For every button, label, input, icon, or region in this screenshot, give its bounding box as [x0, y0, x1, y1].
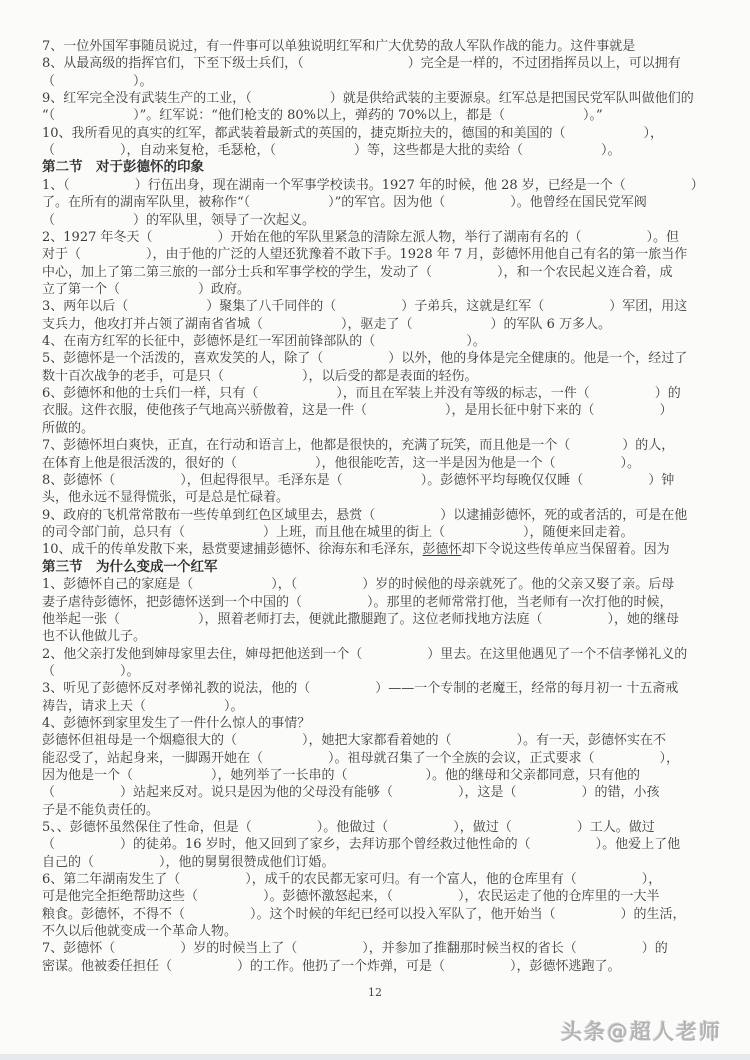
- text-line: 头，他永远不显得慌张，可是总是忙碌着。: [42, 489, 710, 506]
- text-line: （ ）。: [42, 663, 710, 680]
- text-line: 6、第二年湖南发生了（ ），成千的农民都无家可归。有一个富人，他的仓库里有（ ）…: [42, 871, 710, 888]
- text-line: 祷告，请求上天（ ）。: [42, 698, 710, 715]
- text-line: 6、彭德怀和他的士兵们一样，只有（ ），而且在军装上并没有等级的标志，一件（ ）…: [42, 385, 710, 402]
- text-line: 5、彭德怀是一个活泼的，喜欢发笑的人，除了（ ）以外，他的身体是完全健康的。他是…: [42, 350, 710, 367]
- text-line: 能忍受了，站起身来，一脚踢开她在（ ）。祖母就召集了一个全族的会议，正式要求（ …: [42, 750, 710, 767]
- page-number: 12: [0, 986, 750, 999]
- text-line: 衣服。这件衣服，使他孩子气地高兴骄傲着，这是一件（ ），是用长征中射下来的（ ）: [42, 402, 710, 419]
- text-line: 8、彭德怀（ ），但起得很早。毛泽东是（ ）。彭德怀平均每晚仅仅睡（ ）钟: [42, 472, 710, 489]
- text-line: 所做的。: [42, 420, 710, 437]
- text-line: 10、成千的传单发散下来，悬赏要逮捕彭德怀、徐海东和毛泽东，彭德怀却下令说这些传…: [42, 541, 710, 558]
- document-page: 7、一位外国军事随员说过，有一件事可以单独说明红军和广大优势的敌人军队作战的能力…: [0, 0, 750, 1060]
- text-line: （ ），自动来复枪，毛瑟枪，（ ）等，这些都是大批的卖给（ ）。: [42, 142, 710, 159]
- section-heading: 第二节 对于彭德怀的印象: [42, 159, 710, 177]
- text-line: 立了第一个（ ）政府。: [42, 281, 710, 298]
- text-line: 5、、彭德怀虽然保住了性命，但是（ ）。他做过（ ），做过（ ）工人。做过: [42, 819, 710, 836]
- text-line: 7、一位外国军事随员说过，有一件事可以单独说明红军和广大优势的敌人军队作战的能力…: [42, 38, 710, 55]
- text-segment: 10、成千的传单发散下来，悬赏要逮捕彭德怀、徐海东和毛泽东，: [42, 542, 423, 557]
- text-line: 中心，加上了第二第三旅的一部分士兵和军事学校的学生，发动了（ ），和一个农民起义…: [42, 264, 710, 281]
- text-line: 彭德怀但祖母是一个烟瘾很大的（ ），她把大家都看着她的（ ）。有一天，彭德怀实在…: [42, 732, 710, 749]
- text-line: 支兵力，他攻打并占领了湖南省省城（ ），驱走了（ ）的军队 6 万多人。: [42, 316, 710, 333]
- text-line: 密谋。他被委任担任（ ）的工作。他扔了一个炸弹，可是（ ），彭德怀逃跑了。: [42, 958, 710, 975]
- document-content: 7、一位外国军事随员说过，有一件事可以单独说明红军和广大优势的敌人军队作战的能力…: [0, 0, 750, 975]
- text-line: 妻子虐待彭德怀，把彭德怀送到一个中国的（ ）。那里的老师常常打他，当老师有一次打…: [42, 594, 710, 611]
- text-line: 自己的（ ），他的舅舅很赞成他们订婚。: [42, 854, 710, 871]
- text-line: 可是他完全拒绝帮助这些（ ）。彭德怀激怒起来，（ ），农民运走了他的仓库里的一大…: [42, 888, 710, 905]
- text-line: （ ）的徒弟。16 岁时，他又回到了家乡，去拜访那个曾经救过他性命的（ ）。他爱…: [42, 836, 710, 853]
- text-line: 对于（ ），由于他的广泛的人望还犹豫着不敢下手。1928 年 7 月，彭德怀用他…: [42, 246, 710, 263]
- text-line: 数十百次战争的老手，可是只（ ），以后受的都是表面的轻伤。: [42, 368, 710, 385]
- text-line: 子是不能负责任的。: [42, 802, 710, 819]
- text-line: 1、（ ）行伍出身，现在湖南一个军事学校读书。1927 年的时候，他 28 岁，…: [42, 177, 710, 194]
- text-line: 了。在所有的湖南军队里，被称作“（ ）”的军官。因为他（ ）。他曾经在国民党军阀: [42, 194, 710, 211]
- underlined-name: 彭德怀: [423, 542, 462, 557]
- text-line: （ ）的军队里，领导了一次起义。: [42, 212, 710, 229]
- text-line: 不久以后他就变成一个革命人物。: [42, 923, 710, 940]
- text-line: 4、彭德怀到家里发生了一件什么惊人的事情？: [42, 715, 710, 732]
- text-line: 9、政府的飞机常常散布一些传单到红色区域里去，悬赏（ ）以逮捕彭德怀，死的或者活…: [42, 507, 710, 524]
- text-line: 4、在南方红军的长征中，彭德怀是红一军团前锋部队的（ ）。: [42, 333, 710, 350]
- text-line: 3、听见了彭德怀反对孝悌礼教的说法，他的（ ）——一个专制的老魔王，经常的每月初…: [42, 680, 710, 697]
- text-line: 1、彭德怀自己的家庭是（ ），（ ）岁的时候他的母亲就死了。他的父亲又娶了亲。后…: [42, 576, 710, 593]
- text-line: 2、他父亲打发他到婶母家里去住，婶母把他送到一个（ ）里去。在这里他遇见了一个不…: [42, 646, 710, 663]
- text-line: 7、彭德怀（ ）岁的时候当上了（ ），并参加了推翻那时候当权的省长（ ）的: [42, 940, 710, 957]
- text-segment: 却下令说这些传单应当保留着。因为: [462, 542, 670, 557]
- text-line: 因为他是一个（ ），她列举了一长串的（ ）。他的继母和父亲都同意，只有他的: [42, 767, 710, 784]
- watermark-text: 头条@超人老师: [561, 1016, 722, 1046]
- text-line: 也不认他做儿子。: [42, 628, 710, 645]
- text-line: “（ ）”。红军说：“他们枪支的 80%以上，弹药的 70%以上，都是（ ）。”: [42, 107, 710, 124]
- text-line: 在体育上他是很活泼的，很好的（ ），他很能吃苦，这一半是因为他是一个（ ）。: [42, 455, 710, 472]
- text-line: 粮食。彭德怀，不得不（ ）。这个时候的年纪已经可以投入军队了，他开始当（ ）的生…: [42, 906, 710, 923]
- text-line: 7、彭德怀坦白爽快，正直，在行动和语言上，他都是很快的，充满了玩笑，而且他是一个…: [42, 437, 710, 454]
- text-line: 他举起一张（ ），照着老师打去，便就此撒腿跑了。这位老师找地方法庭（ ），她的继…: [42, 611, 710, 628]
- text-line: 10、我所看见的真实的红军，都武装着最新式的英国的，捷克斯拉夫的，德国的和美国的…: [42, 125, 710, 142]
- text-line: 9、红军完全没有武装生产的工业，（ ）就是供给武装的主要源泉。红军总是把国民党军…: [42, 90, 710, 107]
- text-line: 的司令部门前，总只有（ ）上班，而且他在城里的街上（ ），随便来回走着。: [42, 524, 710, 541]
- text-line: （ ）。: [42, 73, 710, 90]
- footer-strip: [0, 1054, 750, 1060]
- text-line: （ ）站起来反对。说只是因为他的父母没有能够（ ），这是（ ）的错，小孩: [42, 784, 710, 801]
- text-line: 3、两年以后（ ）聚集了八千同伴的（ ）子弟兵，这就是红军（ ）军团，用这: [42, 298, 710, 315]
- text-line: 2、1927 年冬天（ ）开始在他的军队里紧急的清除左派人物，举行了湖南有名的（…: [42, 229, 710, 246]
- text-line: 8、从最高级的指挥官们，下至下级士兵们，（ ）完全是一样的，不过团指挥员以上，可…: [42, 55, 710, 72]
- section-heading: 第三节 为什么变成一个红军: [42, 559, 710, 577]
